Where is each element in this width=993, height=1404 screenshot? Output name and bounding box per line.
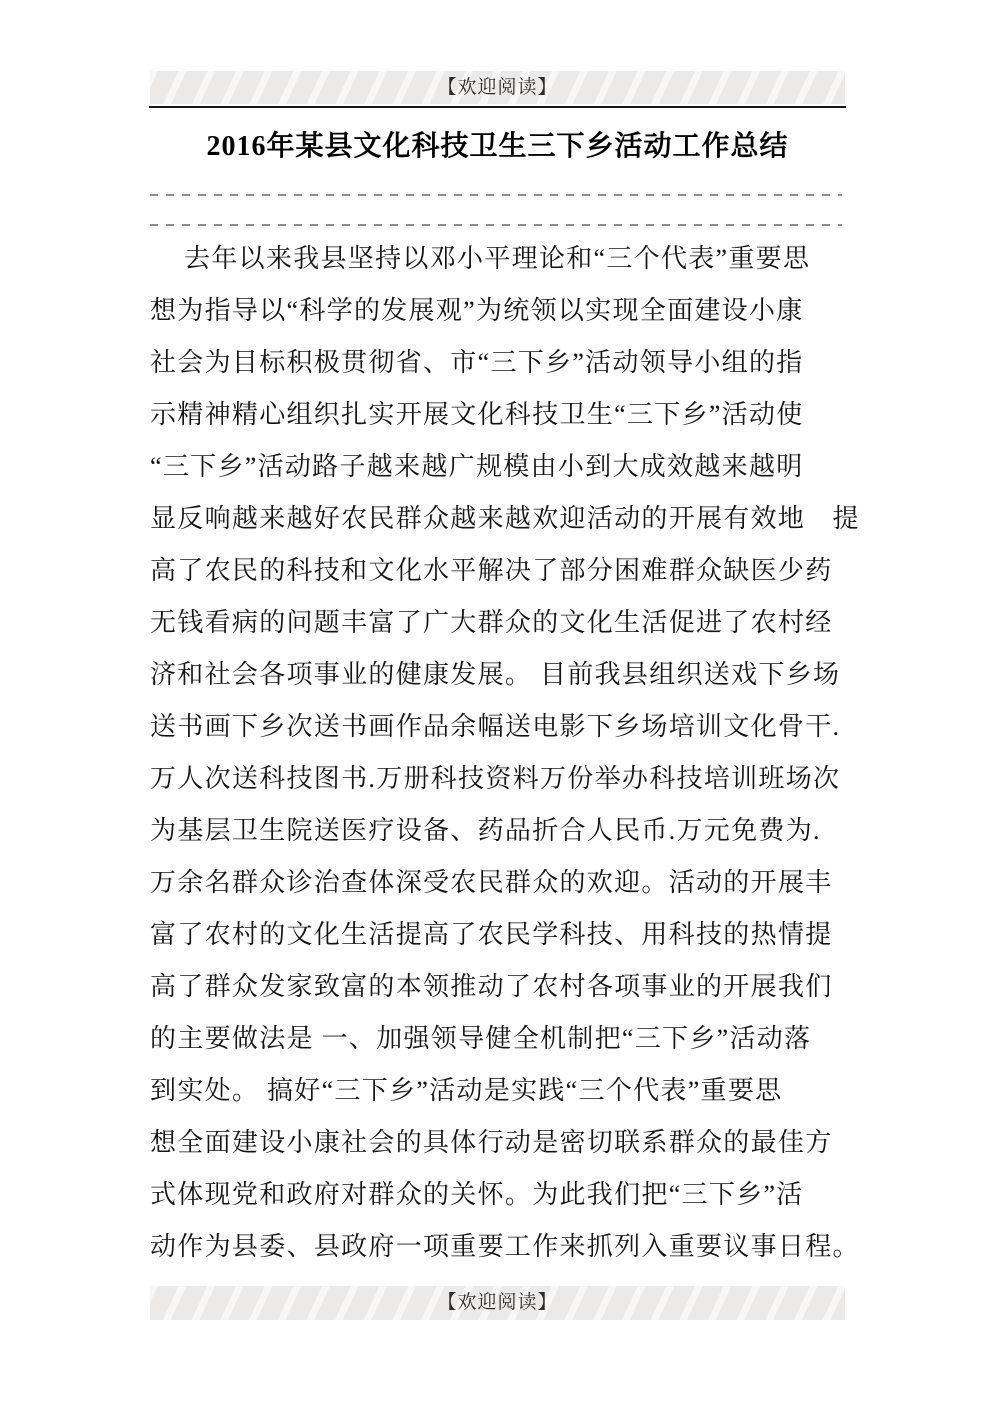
body-text-line: 动作为县委、县政府一项重要工作来抓列入重要议事日程。 bbox=[150, 1221, 850, 1273]
body-text-line: 送书画下乡次送书画作品余幅送电影下乡场培训文化骨干. bbox=[150, 701, 850, 753]
body-text-line: 万人次送科技图书.万册科技资料万份举办科技培训班场次 bbox=[150, 753, 850, 805]
body-text-line: 想为指导以“科学的发展观”为统领以实现全面建设小康 bbox=[150, 285, 850, 337]
header-divider-line bbox=[149, 106, 846, 108]
body-text-line: 示精神精心组织扎实开展文化科技卫生“三下乡”活动使 bbox=[150, 389, 850, 441]
footer-banner: 【欢迎阅读】 bbox=[150, 1286, 845, 1320]
body-text-line: 无钱看病的问题丰富了广大群众的文化生活促进了农村经 bbox=[150, 597, 850, 649]
body-text-line: 为基层卫生院送医疗设备、药品折合人民币.万元免费为. bbox=[150, 805, 850, 857]
dashed-separator-top bbox=[150, 194, 842, 196]
header-banner: 【欢迎阅读】 bbox=[150, 71, 845, 104]
header-banner-text: 【欢迎阅读】 bbox=[437, 77, 557, 98]
dashed-separator-bottom bbox=[150, 224, 842, 226]
document-title: 2016年某县文化科技卫生三下乡活动工作总结 bbox=[150, 127, 845, 167]
body-text-line: 式体现党和政府对群众的关怀。为此我们把“三下乡”活 bbox=[150, 1169, 850, 1221]
body-text-line: “三下乡”活动路子越来越广规模由小到大成效越来越明 bbox=[150, 441, 850, 493]
body-text-line: 社会为目标积极贯彻省、市“三下乡”活动领导小组的指 bbox=[150, 337, 850, 389]
document-page: 【欢迎阅读】 2016年某县文化科技卫生三下乡活动工作总结 去年以来我县坚持以邓… bbox=[0, 0, 993, 1404]
body-text-line: 想全面建设小康社会的具体行动是密切联系群众的最佳方 bbox=[150, 1117, 850, 1169]
body-text-line: 显反响越来越好农民群众越来越欢迎活动的开展有效地 提 bbox=[150, 493, 850, 545]
body-text-line: 高了群众发家致富的本领推动了农村各项事业的开展我们 bbox=[150, 961, 850, 1013]
body-paragraph: 去年以来我县坚持以邓小平理论和“三个代表”重要思 想为指导以“科学的发展观”为统… bbox=[150, 233, 850, 1273]
body-text-line: 济和社会各项事业的健康发展。 目前我县组织送戏下乡场 bbox=[150, 649, 850, 701]
body-text-line: 万余名群众诊治查体深受农民群众的欢迎。活动的开展丰 bbox=[150, 857, 850, 909]
body-text-line: 的主要做法是 一、加强领导健全机制把“三下乡”活动落 bbox=[150, 1013, 850, 1065]
body-text-line: 高了农民的科技和文化水平解决了部分困难群众缺医少药 bbox=[150, 545, 850, 597]
footer-banner-text: 【欢迎阅读】 bbox=[437, 1292, 557, 1313]
body-text-line: 到实处。 搞好“三下乡”活动是实践“三个代表”重要思 bbox=[150, 1065, 850, 1117]
body-text-line: 去年以来我县坚持以邓小平理论和“三个代表”重要思 bbox=[150, 233, 850, 285]
body-text-line: 富了农村的文化生活提高了农民学科技、用科技的热情提 bbox=[150, 909, 850, 961]
